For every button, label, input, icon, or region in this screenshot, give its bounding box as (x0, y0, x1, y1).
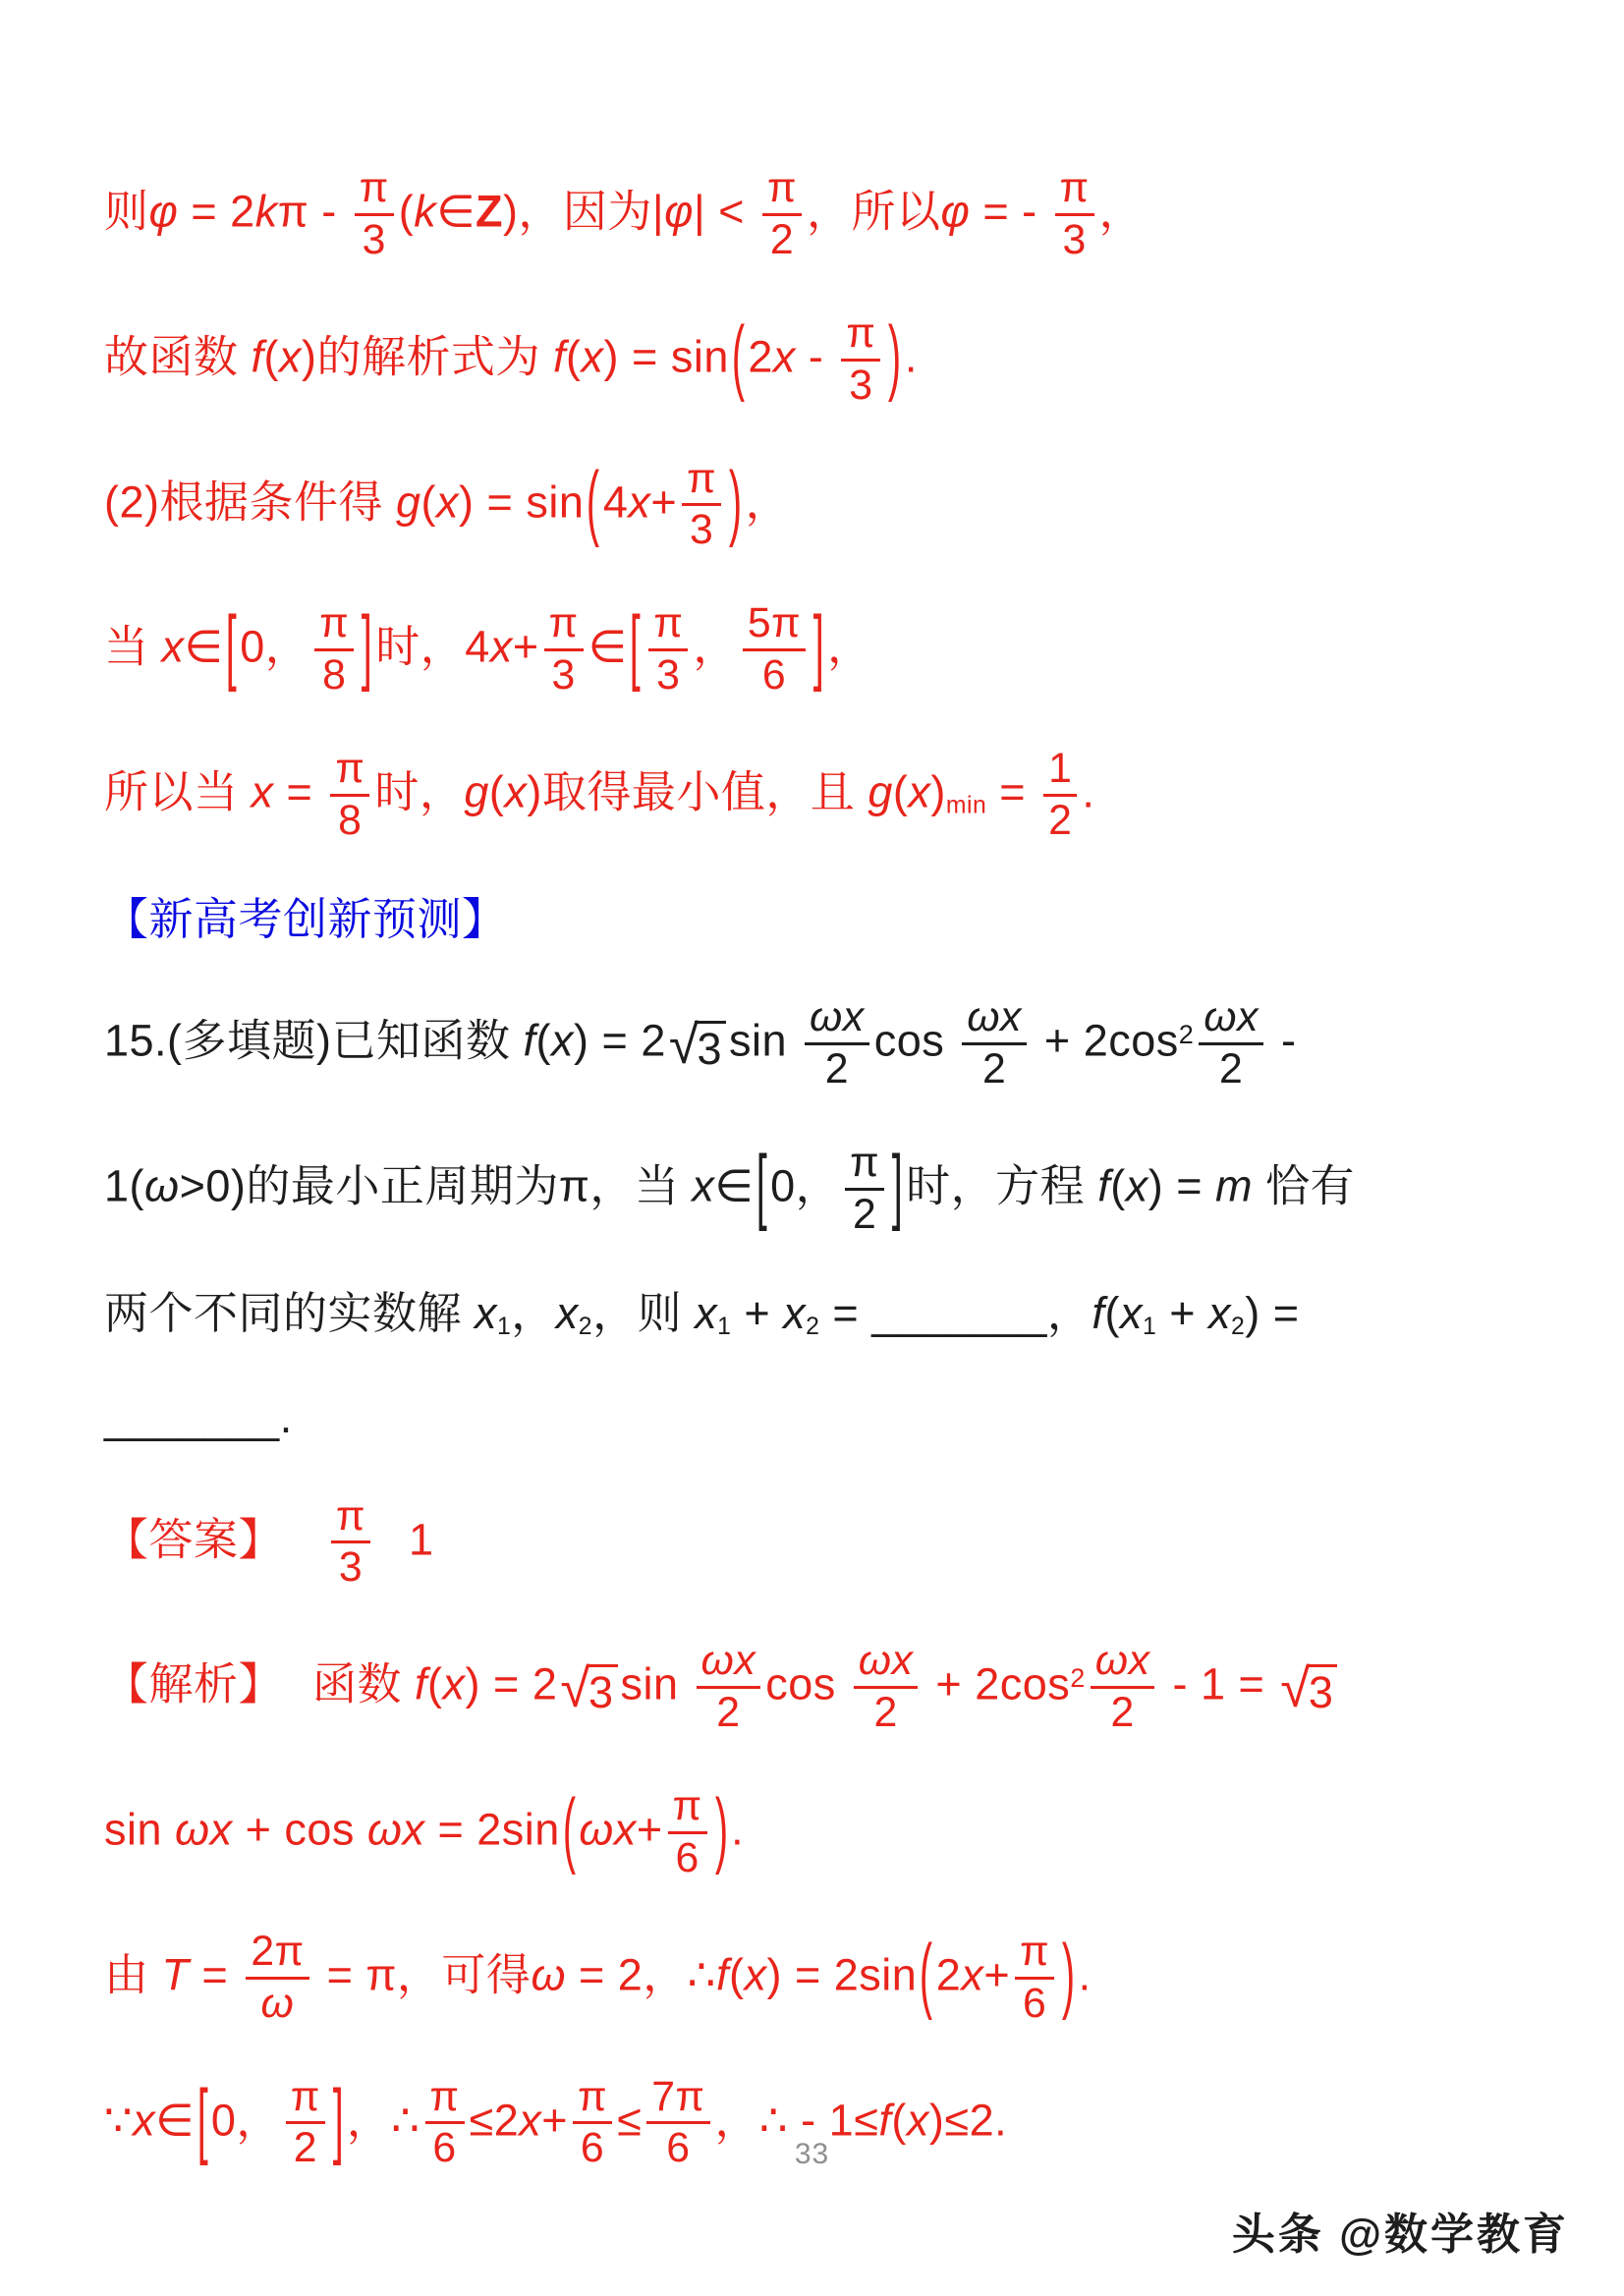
text-run: ，则 (592, 1288, 695, 1338)
text-run: sin (104, 1804, 175, 1854)
fraction-numerator: 1 (1043, 746, 1077, 797)
big-bracket: ] (362, 592, 372, 701)
radical-sign: √ (669, 1023, 700, 1067)
math-variable: φ (664, 186, 694, 236)
big-bracket: ) (1062, 1921, 1076, 2030)
text-run: ∈ (436, 186, 476, 236)
math-variable: f (1097, 1160, 1110, 1210)
fraction-numerator: ωx (1091, 1638, 1155, 1689)
document-content: 则φ = 2kπ - π3(k∈Z)，因为|φ| < π2，所以φ = - π3… (104, 165, 1538, 2218)
section-heading-new-gaokao: 【新高考创新预测】 (104, 891, 1538, 949)
math-variable: ωx (367, 1804, 425, 1854)
analysis-line1: 【解析】函数 f(x) = 2√3sin ωx2cos ωx2 + 2cos2ω… (104, 1638, 1538, 1737)
math-variable: x (443, 1659, 466, 1709)
text-run: 恰有 (1253, 1160, 1355, 1210)
text-run: 当 (104, 622, 162, 672)
problem15-line2: 1(ω>0)的最小正周期为π，当 x∈[0，π2]时，方程 f(x) = m 恰… (104, 1140, 1538, 1239)
fraction-denominator: 3 (651, 651, 685, 700)
text-run: )，因为| (503, 186, 664, 236)
radical-sign: √ (1280, 1666, 1311, 1710)
text-run: 1 (409, 1514, 434, 1564)
radical: √3 (560, 1664, 617, 1714)
text-run: ) = sin (604, 331, 729, 381)
math-variable: x (1208, 1288, 1231, 1338)
text-run: ) = (1148, 1160, 1215, 1210)
analysis-line3: 由 T = 2πω = π，可得ω = 2，∴f(x) = 2sin(2x+π6… (104, 1929, 1538, 2028)
math-variable: x (252, 766, 274, 816)
text-run: cos (874, 1016, 958, 1066)
fraction: ωx2 (962, 994, 1027, 1093)
math-variable: x (692, 1160, 714, 1210)
text-run: ( (421, 476, 437, 527)
fraction-numerator: π (668, 1783, 707, 1834)
fraction: π6 (1015, 1929, 1054, 2028)
fraction-numerator: ωx (697, 1638, 761, 1689)
big-bracket: ( (920, 1921, 933, 2030)
solution1-fx-line: 故函数 f(x)的解析式为 f(x) = sin(2x - π3). (104, 310, 1538, 410)
fraction-numerator: π (648, 600, 688, 651)
text-run: 时，方程 (906, 1160, 1097, 1210)
text-run: 0， (770, 1160, 840, 1210)
text-run: π - (278, 186, 350, 236)
text-run: = π，可得 (314, 1949, 532, 1999)
text-run: 15.(多填题)已知函数 (104, 1016, 524, 1066)
text-run: 4 (603, 476, 629, 527)
text-run: = - (970, 186, 1049, 236)
big-bracket: ( (563, 1775, 577, 1884)
math-variable: x (773, 331, 796, 381)
big-bracket: [ (226, 592, 237, 701)
fraction-numerator: π (544, 600, 584, 651)
text-run: - 1 = (1159, 1659, 1277, 1709)
text-run: (2)根据条件得 (104, 476, 396, 527)
big-bracket: ( (587, 448, 600, 557)
math-variable: x (695, 1288, 717, 1338)
fraction: π3 (544, 600, 584, 700)
fraction-numerator: π (573, 2074, 612, 2125)
math-variable: x (475, 1288, 497, 1338)
fraction: ωx2 (697, 1638, 761, 1737)
text-run: ， (1099, 186, 1145, 236)
fraction: π3 (841, 310, 880, 410)
math-variable: f (524, 1016, 536, 1066)
fraction: π8 (314, 600, 354, 700)
text-run: = (819, 1288, 871, 1338)
fraction: π3 (1055, 165, 1094, 264)
text-run: _______. (104, 1392, 293, 1442)
radical-sign: √ (560, 1666, 590, 1710)
math-variable: ω (531, 1949, 566, 1999)
text-run: ∈ (588, 622, 628, 672)
math-variable: x (908, 766, 930, 816)
fraction-denominator: 3 (358, 216, 391, 264)
text-run: 则 (104, 186, 149, 236)
math-variable: x (162, 622, 185, 672)
text-run: | < (694, 186, 757, 236)
bold-symbol: Z (476, 186, 503, 236)
text-run: _______ (871, 1288, 1047, 1338)
big-bracket: ( (732, 303, 746, 412)
problem15-line3: 两个不同的实数解 x1，x2，则 x1 + x2 = _______，f(x1 … (104, 1285, 1538, 1343)
math-variable: f (1092, 1288, 1104, 1338)
text-run: + (1156, 1288, 1208, 1338)
text-run: . (1079, 1949, 1092, 1999)
text-run: sin (729, 1016, 800, 1066)
text-run: = (986, 766, 1038, 816)
text-run: ( (399, 186, 415, 236)
text-run: + (513, 622, 539, 672)
math-variable: m (1215, 1160, 1253, 1210)
problem15-line1: 15.(多填题)已知函数 f(x) = 2√3sin ωx2cos ωx2 + … (104, 994, 1538, 1093)
fraction: ωx2 (1199, 994, 1263, 1093)
fraction-denominator: 2 (711, 1689, 745, 1737)
text-run: ( (566, 331, 582, 381)
math-variable: x (490, 622, 513, 672)
text-run: ∈ (185, 622, 224, 672)
text-run: ( (1110, 1160, 1126, 1210)
text-run: . (905, 331, 918, 381)
superscript: 2 (1179, 1020, 1195, 1049)
subscript: 1 (717, 1314, 731, 1340)
fraction-denominator: 2 (1105, 1689, 1139, 1737)
text-run: + (983, 1949, 1010, 1999)
math-variable: T (162, 1949, 190, 1999)
text-run: . (1082, 766, 1094, 816)
math-variable: x (628, 476, 650, 527)
text-run: >0)的最小正周期为π，当 (180, 1160, 693, 1210)
fraction-denominator: 8 (317, 651, 351, 700)
math-variable: k (255, 186, 278, 236)
fraction: π6 (668, 1783, 707, 1882)
big-bracket: ] (892, 1132, 903, 1241)
fraction: ωx2 (854, 1638, 919, 1737)
text-run: )取得最小值，且 (527, 766, 868, 816)
fraction-numerator: 5π (743, 600, 806, 651)
radical: √3 (1280, 1664, 1337, 1714)
math-variable: ωx (579, 1804, 637, 1854)
math-variable: k (414, 186, 436, 236)
analysis-line2: sin ωx + cos ωx = 2sin(ωx+π6). (104, 1783, 1538, 1882)
text-run: 故函数 (104, 331, 252, 381)
solution1-part2-line: (2)根据条件得 g(x) = sin(4x+π3)， (104, 456, 1538, 555)
subscript: 1 (1143, 1314, 1156, 1340)
text-run: sin (621, 1659, 692, 1709)
text-run: 2 (936, 1949, 962, 1999)
text-run: 时，4 (375, 622, 490, 672)
text-run: ∈ (714, 1160, 754, 1210)
fraction: π3 (355, 165, 394, 264)
radicand: 3 (587, 1664, 618, 1714)
math-variable: g (396, 476, 421, 527)
text-run: ， (827, 622, 872, 672)
text-run: ，所以 (807, 186, 941, 236)
math-variable: f (252, 331, 264, 381)
subscript: 1 (497, 1314, 511, 1340)
math-variable: f (716, 1949, 729, 1999)
text-run: )的解析式为 (302, 331, 553, 381)
math-variable: g (868, 766, 893, 816)
fraction: ωx2 (805, 994, 869, 1093)
fraction: π2 (845, 1140, 884, 1239)
fraction-numerator: π (845, 1140, 884, 1191)
big-bracket: ] (813, 592, 824, 701)
fraction-numerator: ωx (805, 994, 869, 1045)
fraction: π2 (762, 165, 802, 264)
fraction-numerator: π (1055, 165, 1094, 216)
fraction-denominator: 6 (757, 651, 791, 700)
fraction: ωx2 (1091, 1638, 1155, 1737)
fraction-numerator: π (682, 456, 721, 507)
fraction-numerator: π (314, 600, 354, 651)
fraction: 12 (1043, 746, 1077, 845)
fraction-denominator: 6 (1018, 1980, 1051, 2028)
big-bracket: ) (888, 303, 902, 412)
big-bracket: [ (630, 592, 641, 701)
superscript: 2 (1070, 1663, 1086, 1693)
fraction-numerator: 2π (246, 1929, 308, 1980)
text-run: ， (746, 476, 791, 527)
text-run: = 2sin (424, 1804, 559, 1854)
math-variable: f (415, 1659, 427, 1709)
fraction: π3 (682, 456, 721, 555)
text-run: ( (427, 1659, 443, 1709)
text-run: 【解析】 (104, 1659, 283, 1709)
text-run: = 2 (178, 186, 254, 236)
fraction-denominator: 2 (765, 216, 799, 264)
text-run: 时， (374, 766, 464, 816)
text-run: ) = 2sin (766, 1949, 917, 1999)
text-run: cos (765, 1659, 849, 1709)
fraction-denominator: 3 (844, 362, 877, 410)
text-run: + (637, 1804, 663, 1854)
text-run: 【新高考创新预测】 (104, 894, 507, 944)
math-variable: x (436, 476, 459, 527)
fraction-denominator: 2 (1043, 797, 1077, 845)
text-run: 1( (104, 1160, 144, 1210)
text-run: + 2cos (923, 1659, 1070, 1709)
text-run: = (274, 766, 326, 816)
big-bracket: ) (729, 448, 743, 557)
math-variable: x (744, 1949, 766, 1999)
fraction-denominator: 2 (1214, 1045, 1248, 1093)
subscript: 2 (579, 1314, 592, 1340)
text-run: ) = (1245, 1288, 1299, 1338)
fraction-numerator: π (1015, 1929, 1054, 1980)
solution1-phi-line: 则φ = 2kπ - π3(k∈Z)，因为|φ| < π2，所以φ = - π3… (104, 165, 1538, 264)
text-run: ( (264, 331, 280, 381)
math-variable: x (1126, 1160, 1148, 1210)
fraction-denominator: 3 (334, 1543, 367, 1592)
fraction-numerator: π (286, 2074, 325, 2125)
fraction-denominator: 8 (333, 797, 366, 845)
fraction-numerator: π (355, 165, 394, 216)
big-bracket: ) (715, 1775, 729, 1884)
text-run: + (650, 476, 677, 527)
fraction-numerator: ωx (1199, 994, 1263, 1045)
text-run: ) = 2 (574, 1016, 666, 1066)
text-run: ( (729, 1949, 745, 1999)
fraction: 2πω (246, 1929, 308, 2028)
fraction-denominator: 2 (868, 1689, 902, 1737)
fraction-numerator: π (841, 310, 880, 362)
fraction-denominator: 3 (546, 651, 580, 700)
text-run: = 2，∴ (566, 1949, 716, 1999)
text-run: 所以当 (104, 766, 252, 816)
text-run: ( (489, 766, 505, 816)
fraction-numerator: π (425, 2074, 465, 2125)
text-run: ) = sin (459, 476, 584, 527)
big-bracket: [ (756, 1132, 767, 1241)
radicand: 3 (695, 1021, 726, 1071)
fraction-denominator: 3 (685, 506, 718, 554)
math-variable: f (553, 331, 566, 381)
math-variable: ωx (175, 1804, 233, 1854)
math-variable: φ (149, 186, 179, 236)
page-number: 33 (0, 2138, 1624, 2171)
text-run: - (1268, 1016, 1297, 1066)
math-variable: x (551, 1016, 574, 1066)
text-run: + 2cos (1032, 1016, 1179, 1066)
fraction-numerator: ωx (962, 994, 1027, 1045)
math-variable: g (464, 766, 489, 816)
text-run: 由 (104, 1949, 162, 1999)
subscript: 2 (806, 1314, 819, 1340)
math-variable: φ (940, 186, 970, 236)
watermark: 头条 @数学教育 (1232, 2199, 1569, 2262)
text-run: 2 (748, 331, 773, 381)
text-run: . (731, 1804, 744, 1854)
math-variable: x (504, 766, 527, 816)
math-variable: x (582, 331, 604, 381)
text-run: + (731, 1288, 783, 1338)
subscript: 2 (1231, 1314, 1245, 1340)
fraction-numerator: π (762, 165, 802, 216)
answer-line: 【答案】π31 (104, 1493, 1538, 1593)
problem15-line4: _______. (104, 1389, 1538, 1447)
text-run: = (190, 1949, 242, 1999)
radicand: 3 (1307, 1664, 1338, 1714)
math-variable: x (556, 1288, 579, 1338)
fraction-numerator: π (331, 1493, 370, 1544)
math-variable: x (1120, 1288, 1143, 1338)
fraction-numerator: 7π (646, 2074, 709, 2125)
fraction: π3 (648, 600, 688, 700)
text-run: + cos (233, 1804, 367, 1854)
fraction-denominator: 6 (670, 1834, 703, 1882)
page: 则φ = 2kπ - π3(k∈Z)，因为|φ| < π2，所以φ = - π3… (0, 0, 1624, 2296)
text-run: - (796, 331, 837, 381)
math-variable: x (279, 331, 302, 381)
text-run: ， (511, 1288, 556, 1338)
radical: √3 (669, 1021, 726, 1071)
text-run: ( (1104, 1288, 1120, 1338)
math-variable: x (961, 1949, 983, 1999)
fraction-denominator: 3 (1057, 216, 1091, 264)
math-variable: ω (144, 1160, 180, 1210)
text-run: ) = 2 (466, 1659, 558, 1709)
subscript: min (946, 792, 986, 818)
fraction: π8 (330, 746, 369, 845)
text-run: ( (536, 1016, 552, 1066)
text-run: 函数 (312, 1659, 415, 1709)
fraction: π3 (331, 1493, 370, 1593)
fraction-denominator: 2 (978, 1045, 1011, 1093)
text-run: ) (930, 766, 946, 816)
fraction-numerator: ωx (854, 1638, 919, 1689)
fraction-numerator: π (330, 746, 369, 797)
text-run: ( (893, 766, 909, 816)
math-variable: x (783, 1288, 806, 1338)
text-run: 【答案】 (104, 1514, 283, 1564)
fraction: 5π6 (743, 600, 806, 700)
text-run: 0， (240, 622, 309, 672)
text-run: ， (693, 622, 738, 672)
solution1-min-line: 所以当 x = π8时，g(x)取得最小值，且 g(x)min = 12. (104, 746, 1538, 845)
fraction-denominator: ω (256, 1980, 300, 2028)
text-run: ， (1047, 1288, 1092, 1338)
fraction-denominator: 2 (820, 1045, 854, 1093)
solution1-interval-line: 当 x∈[0，π8]时，4x+π3∈[π3，5π6]， (104, 600, 1538, 700)
text-run: 两个不同的实数解 (104, 1288, 475, 1338)
fraction-denominator: 2 (848, 1191, 881, 1239)
